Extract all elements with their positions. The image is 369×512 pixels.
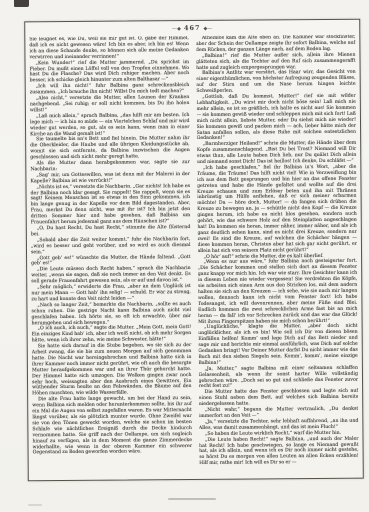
left-text-column: Sie leugnet es, wie Du, weil sie mir gut…	[29, 36, 192, 475]
paragraph: Die Mutter hatte das Fenster geschlossen…	[199, 389, 359, 408]
paragraph: „Sobald aber die Zeit weiter kommt,“ fuh…	[31, 237, 191, 256]
text-columns: Sie leugnet es, wie Du, weil sie mir gut…	[29, 35, 358, 476]
paragraph: „Ja, Mutter,“ sagte Balbina mit einer se…	[198, 365, 358, 390]
page-number: 467	[181, 24, 204, 32]
paragraph: „O ich auch, ich auch,“ sagte die Mutter…	[32, 325, 192, 344]
paragraph: „Balbina!“ rief die Mutter außer sich, a…	[196, 52, 356, 71]
paragraph: „Die Leute müssen doch Recht haben,“ spr…	[31, 266, 191, 285]
page-header: —◆467◆—	[29, 23, 355, 35]
header-ornament-right: ◆—	[204, 26, 213, 32]
scan-smudge-left	[28, 504, 42, 506]
paragraph: Die alte Frau hatte lange gewacht, um be…	[32, 396, 192, 456]
paragraph: „Gottlob, daß Du kommst, Mutter!“ rief s…	[196, 94, 356, 143]
paragraph: „Unglückliche,“ klagte die Mutter, „aber…	[198, 324, 358, 367]
paragraph: „Barmherziger Heiland!“ schrie die Mutte…	[197, 141, 357, 166]
paragraph: „Wenn es nur aus wäre,“ fuhr Balbina noc…	[198, 259, 358, 325]
paragraph: „Kein Wunder!“ rief die Mutter jammernd.…	[30, 60, 190, 85]
paragraph: „Ja,“ versetzte die Tochter, sehr lebhaf…	[199, 419, 359, 432]
paragraph: Athemlos kam die Alte oben an. Die Kamme…	[196, 35, 356, 54]
paragraph: Sie taumelte bis an’s Bett und fiel hine…	[30, 136, 190, 161]
scanned-book-page: —◆467◆— Sie leugnet es, wie Du, weil sie…	[0, 0, 369, 512]
paragraph: „Nichts ist es,“ versetzte die Nachbarin…	[30, 184, 190, 227]
page-border-frame: —◆467◆— Sie leugnet es, wie Du, weil sie…	[24, 19, 364, 482]
paragraph: „Also nicht,“ versetzte die Mutter, alle…	[30, 95, 190, 114]
paragraph: Sie hatte sich darauf in die Stube begeb…	[32, 343, 192, 397]
paragraph: „Ich habe geschlafen,“ fiel ihr Balbina …	[197, 165, 357, 255]
right-text-column: Athemlos kam die Alte oben an. Die Kamme…	[196, 35, 359, 474]
paragraph: Balbina’s Antlitz war verstört, das Haar…	[196, 70, 356, 95]
paragraph: „Nach so langer Zeit,“ bemerkte die Nach…	[31, 302, 191, 327]
paragraph: „Laß mich allein,“ sprach Balbina, „das …	[30, 113, 190, 138]
paragraph: „Sehr möglich,“ erwiderte die Frau, „abe…	[31, 284, 191, 303]
paragraph: „Die Leute haben Recht!“ sagte Balbina, …	[199, 436, 359, 467]
paragraph: Sie leugnet es, wie Du, weil sie mir gut…	[29, 36, 189, 61]
scan-smudge-center	[168, 498, 216, 500]
header-ornament-left: —◆	[172, 26, 181, 32]
scan-corner-artifact	[14, 0, 29, 7]
